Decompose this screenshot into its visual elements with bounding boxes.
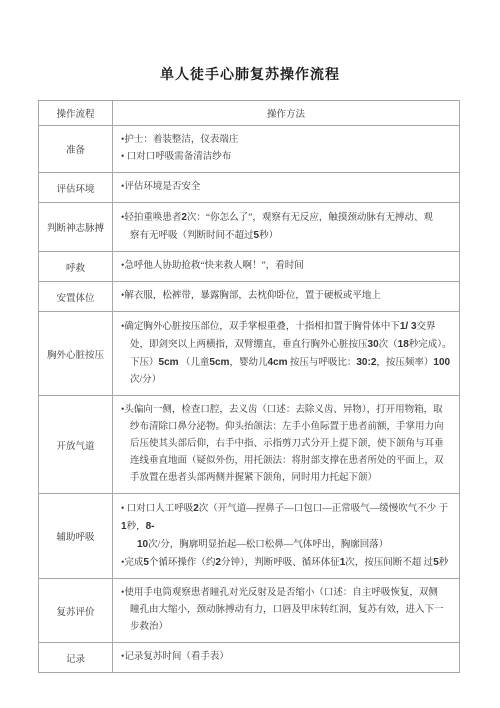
method-line: 纱布清除口鼻分泌物。仰头抬颌法：左手小鱼际置于患者前额，手掌用力向 (121, 419, 453, 436)
method-line: •完成5个循环操作（约2分钟），判断呼吸、循环体征1次，按压间断不超 过5秒 (121, 554, 453, 572)
method-cell: •轻拍重唤患者2次：“你怎么了”，观察有无反应，触摸颈动脉有无搏动、观察有无呼吸… (113, 203, 460, 252)
table-row: 复苏评价•使用手电筒观察患者瞳孔对光反射及是否缩小（口述：自主呼吸恢复，双侧瞳孔… (39, 579, 460, 643)
step-cell: 安置体位 (39, 282, 113, 312)
table-row: 辅助呼吸• 口对口人工呼吸2次（开气道—捏鼻子—口包口—正常吸气—缓慢吹气不少 … (39, 494, 460, 579)
step-cell: 准备 (39, 126, 113, 173)
method-line: 下压）5cm （儿童5cm，婴幼儿4cm 按压与呼吸比：30:2，按压频率）10… (121, 354, 453, 389)
method-cell: •确定胸外心脏按压部位，双手掌根重叠，十指相扣置于胸骨体中下1/ 3交界处，即剑… (113, 312, 460, 396)
table-row: 开放气道•头偏向一侧，检查口腔，去义齿（口述：去除义齿、异物），打开用物箱，取纱… (39, 396, 460, 494)
table-row: 胸外心脏按压•确定胸外心脏按压部位，双手掌根重叠，十指相扣置于胸骨体中下1/ 3… (39, 312, 460, 396)
method-line: 连线垂直地面（疑似外伤，用托颌法：将肘部支撑在患者所处的平面上，双 (121, 453, 453, 470)
method-line: 瞳孔由大缩小，颈动脉搏动有力，口唇及甲床转红润，复苏有效，进入下一 步救治） (121, 602, 453, 636)
method-line: •评估环境是否安全 (121, 179, 453, 196)
step-cell: 辅助呼吸 (39, 494, 113, 579)
table-row: 记录•记录复苏时间（看手表） (39, 643, 460, 673)
step-cell: 评估环境 (39, 173, 113, 203)
method-cell: •使用手电筒观察患者瞳孔对光反射及是否缩小（口述：自主呼吸恢复，双侧瞳孔由大缩小… (113, 579, 460, 643)
method-line: • 口对口人工呼吸2次（开气道—捏鼻子—口包口—正常吸气—缓慢吹气不少 于1秒，… (121, 500, 453, 536)
table-row: 准备•护士：着装整洁，仪表端庄• 口对口呼吸需备清洁纱布 (39, 126, 460, 173)
method-line: •轻拍重唤患者2次：“你怎么了”，观察有无反应，触摸颈动脉有无搏动、观 (121, 209, 453, 227)
step-cell: 判断神志脉搏 (39, 203, 113, 252)
method-cell: •记录复苏时间（看手表） (113, 643, 460, 673)
method-line: 察有无呼吸（判断时间不超过5秒） (121, 227, 453, 245)
table-body: 准备•护士：着装整洁，仪表端庄• 口对口呼吸需备清洁纱布评估环境•评估环境是否安… (39, 126, 460, 673)
method-line: • 口对口呼吸需备清洁纱布 (121, 149, 453, 166)
method-line: 手放置在患者头部两侧并握紧下颌角，同时用力托起下颌） (121, 470, 453, 487)
page-title: 单人徒手心肺复苏操作流程 (0, 0, 500, 100)
method-line: •头偏向一侧，检查口腔，去义齿（口述：去除义齿、异物），打开用物箱，取 (121, 402, 453, 419)
method-cell: •护士：着装整洁，仪表端庄• 口对口呼吸需备清洁纱布 (113, 126, 460, 173)
method-line: 后压使其头部后仰，右手中指、示指剪刀式分开上提下颌，使下颌角与耳垂 (121, 436, 453, 453)
step-cell: 复苏评价 (39, 579, 113, 643)
method-cell: •评估环境是否安全 (113, 173, 460, 203)
step-cell: 胸外心脏按压 (39, 312, 113, 396)
table-row: 安置体位•解衣服，松裤带，暴露胸部，去枕仰卧位，置于硬板或平地上 (39, 282, 460, 312)
method-cell: •解衣服，松裤带，暴露胸部，去枕仰卧位，置于硬板或平地上 (113, 282, 460, 312)
method-line: •护士：着装整洁，仪表端庄 (121, 132, 453, 149)
method-line: •解衣服，松裤带，暴露胸部，去枕仰卧位，置于硬板或平地上 (121, 288, 453, 305)
step-cell: 记录 (39, 643, 113, 673)
document-page: 单人徒手心肺复苏操作流程 操作流程 操作方法 准备•护士：着装整洁，仪表端庄• … (0, 0, 500, 708)
method-line: •确定胸外心脏按压部位，双手掌根重叠，十指相扣置于胸骨体中下1/ 3交界 (121, 318, 453, 336)
step-cell: 开放气道 (39, 396, 113, 494)
step-cell: 呼救 (39, 252, 113, 282)
table-row: 评估环境•评估环境是否安全 (39, 173, 460, 203)
table-row: 呼救•急呼他人协助抢救“快来救人啊！”，看时间 (39, 252, 460, 282)
method-line: •记录复苏时间（看手表） (121, 649, 453, 666)
method-cell: •头偏向一侧，检查口腔，去义齿（口述：去除义齿、异物），打开用物箱，取纱布清除口… (113, 396, 460, 494)
method-cell: •急呼他人协助抢救“快来救人啊！”，看时间 (113, 252, 460, 282)
column-header-method: 操作方法 (113, 101, 460, 126)
method-line: 10次/分，胸廓明显抬起—松口松鼻—气体呼出，胸廓回落） (121, 536, 453, 554)
cpr-procedure-table: 操作流程 操作方法 准备•护士：着装整洁，仪表端庄• 口对口呼吸需备清洁纱布评估… (38, 100, 460, 673)
column-header-step: 操作流程 (39, 101, 113, 126)
table-row: 判断神志脉搏•轻拍重唤患者2次：“你怎么了”，观察有无反应，触摸颈动脉有无搏动、… (39, 203, 460, 252)
method-line: •使用手电筒观察患者瞳孔对光反射及是否缩小（口述：自主呼吸恢复，双侧 (121, 585, 453, 602)
method-line: 处，即剑突以上两横指，双臂绷直，垂直行胸外心脏按压30次（18秒完成）。 (121, 336, 453, 354)
table-header-row: 操作流程 操作方法 (39, 101, 460, 126)
method-line: •急呼他人协助抢救“快来救人啊！”，看时间 (121, 258, 453, 275)
method-cell: • 口对口人工呼吸2次（开气道—捏鼻子—口包口—正常吸气—缓慢吹气不少 于1秒，… (113, 494, 460, 579)
